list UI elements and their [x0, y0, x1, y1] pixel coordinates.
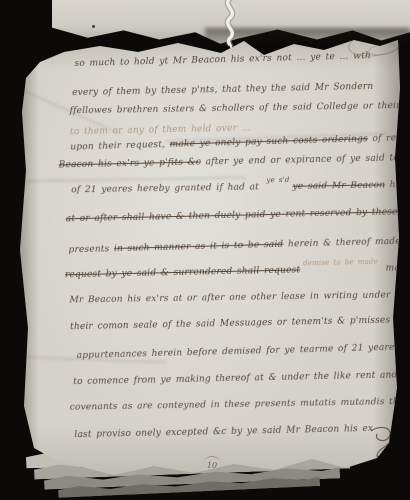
- struck-segment: in such manner as it is to be said: [114, 240, 284, 254]
- manuscript-line: presents in such manner as it is to be s…: [68, 235, 410, 256]
- line-segment: made & unto the said: [381, 261, 410, 273]
- foxing-spot: [92, 25, 95, 28]
- line-segment: their comon seale of the said Messuages …: [70, 315, 410, 332]
- interlinear-insertion: demise to be made: [303, 258, 378, 268]
- line-segment: of request Mr: [368, 132, 410, 144]
- struck-segment: ye said Mr Beacon: [292, 180, 385, 191]
- line-segment: herein & thereof made except ye: [283, 235, 410, 249]
- line-segment: appurtenances herein before demised for …: [77, 342, 400, 360]
- line-segment: so much to hold yt Mr Beacon his ex'rs n…: [74, 51, 371, 69]
- line-segment: upon their request,: [70, 140, 170, 153]
- manuscript-line: last proviso onely excepted &c by ye sai…: [74, 424, 373, 441]
- manuscript-line: at or after shall have & then duely paid…: [66, 207, 398, 225]
- manuscript-line: appurtenances herein before demised for …: [77, 342, 400, 361]
- manuscript-line: request by ye said & surrendered shall r…: [65, 261, 410, 281]
- manuscript-line: Mr Beacon his ex'rs at or after one othe…: [69, 290, 390, 306]
- line-segment: after ye end or expirance of ye said tea…: [201, 153, 410, 168]
- struck-segment: request by ye said & surrendered shall r…: [65, 265, 300, 280]
- manuscript-line: Beacon his ex'rs ye p'fits &c after ye e…: [59, 153, 410, 172]
- struck-segment: make ye onely pay such costs orderings: [170, 134, 369, 150]
- manuscript-line: so much to hold yt Mr Beacon his ex'rs n…: [74, 51, 371, 70]
- foxing-spot: [30, 55, 34, 59]
- line-segment: presents: [68, 244, 114, 255]
- manuscript-page: so much to hold yt Mr Beacon his ex'rs n…: [16, 28, 400, 490]
- line-segment: covenants as are conteyned in these pres…: [70, 397, 407, 413]
- photograph: so much to hold yt Mr Beacon his ex'rs n…: [0, 0, 410, 500]
- manuscript-line: ffellowes brethren sisters & schollers o…: [69, 100, 410, 117]
- line-segment: to comence from ye making thereof at & u…: [73, 370, 398, 387]
- line-segment: Mr Beacon his ex'rs at or after one othe…: [69, 290, 390, 305]
- struck-segment: at or after shall have & then duely paid…: [66, 207, 398, 224]
- line-segment: to them or any of them held over …: [70, 123, 251, 137]
- foxing-spot: [21, 70, 26, 74]
- binding-cord-icon: [218, 0, 244, 52]
- manuscript-line: to comence from ye making thereof at & u…: [73, 370, 398, 388]
- manuscript-line: covenants as are conteyned in these pres…: [70, 397, 407, 414]
- interlinear-insertion: ye s'd: [266, 176, 289, 184]
- struck-segment: Beacon his ex'rs ye p'fits &c: [59, 157, 202, 170]
- manuscript-line: every of them by these p'nts, that they …: [72, 82, 373, 99]
- flourish-icon: [366, 424, 398, 464]
- line-segment: last proviso onely excepted &c by ye sai…: [74, 424, 373, 440]
- text-block: so much to hold yt Mr Beacon his ex'rs n…: [56, 21, 399, 468]
- line-segment: of 21 yeares hereby granted if had at: [71, 182, 263, 195]
- manuscript-line: to them or any of them held over …: [70, 123, 251, 138]
- manuscript-line: of 21 yeares hereby granted if had at ye…: [71, 180, 410, 196]
- line-segment: every of them by these p'nts, that they …: [72, 82, 373, 98]
- line-segment: his ex: [385, 180, 410, 191]
- manuscript-line: their comon seale of the said Messuages …: [70, 315, 410, 333]
- line-segment: ffellowes brethren sisters & schollers o…: [69, 100, 410, 116]
